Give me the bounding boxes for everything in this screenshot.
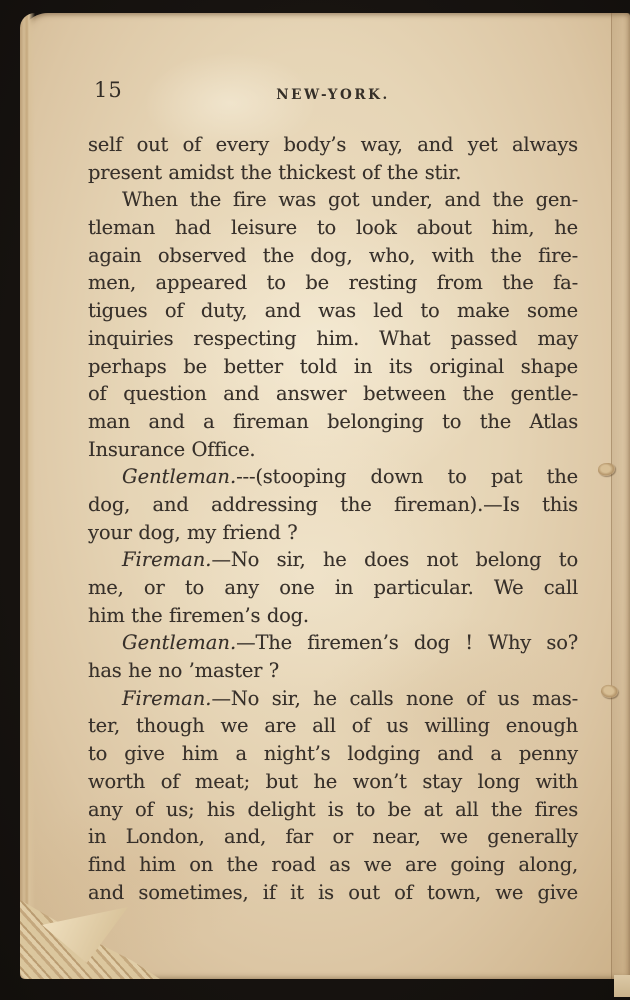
- text-line: dog, and addressing the fireman).—Is thi…: [88, 491, 578, 519]
- text-line: tigues of duty, and was led to make some: [88, 297, 578, 325]
- scan-backdrop: 15 NEW-YORK. self out of every body’s wa…: [0, 0, 630, 1000]
- text-line: Gentleman.—The firemen’s dog ! Why so?: [88, 629, 578, 657]
- speaker-name: Gentleman.: [122, 631, 236, 654]
- text-line: of question and answer between the gentl…: [88, 380, 578, 408]
- text-line: self out of every body’s way, and yet al…: [88, 131, 578, 159]
- text-line: and sometimes, if it is out of town, we …: [88, 879, 578, 907]
- text-line: inquiries respecting him. What passed ma…: [88, 325, 578, 353]
- text-line: worth of meat; but he won’t stay long wi…: [88, 768, 578, 796]
- text-line: men, appeared to be resting from the fa-: [88, 269, 578, 297]
- text-line: Gentleman.---(stooping down to pat the: [88, 463, 578, 491]
- text-line: in London, and, far or near, we generall…: [88, 823, 578, 851]
- text-line: tleman had leisure to look about him, he: [88, 214, 578, 242]
- book-page: 15 NEW-YORK. self out of every body’s wa…: [20, 13, 630, 979]
- text-line: me, or to any one in particular. We call: [88, 574, 578, 602]
- text-line: your dog, my friend ?: [88, 519, 578, 547]
- speaker-name: Gentleman.: [122, 465, 236, 488]
- speaker-name: Fireman.: [122, 548, 212, 571]
- page-number: 15: [94, 78, 123, 102]
- text-line: Fireman.—No sir, he does not belong to: [88, 546, 578, 574]
- text-line: to give him a night’s lodging and a penn…: [88, 740, 578, 768]
- page-header: 15 NEW-YORK.: [88, 68, 578, 104]
- page-stack-edge: [20, 13, 35, 979]
- text-line: any of us; his delight is to be at all t…: [88, 796, 578, 824]
- text-line: man and a fireman belonging to the Atlas: [88, 408, 578, 436]
- text-line: again observed the dog, who, with the fi…: [88, 242, 578, 270]
- text-line: has he no ’master ?: [88, 657, 578, 685]
- page-content: 15 NEW-YORK. self out of every body’s wa…: [88, 68, 578, 906]
- text-line: Insurance Office.: [88, 436, 578, 464]
- text-line: present amidst the thickest of the stir.: [88, 159, 578, 187]
- text-line: him the firemen’s dog.: [88, 602, 578, 630]
- text-line: ter, though we are all of us willing eno…: [88, 712, 578, 740]
- running-head: NEW-YORK.: [276, 87, 390, 103]
- speaker-name: Fireman.: [122, 687, 212, 710]
- text-line: perhaps be better told in its original s…: [88, 353, 578, 381]
- under-page-edge: [614, 975, 630, 997]
- text-line: find him on the road as we are going alo…: [88, 851, 578, 879]
- body-text: self out of every body’s way, and yet al…: [88, 131, 578, 906]
- text-line: When the fire was got under, and the gen…: [88, 186, 578, 214]
- binding-gutter: [611, 13, 630, 979]
- text-line: Fireman.—No sir, he calls none of us mas…: [88, 685, 578, 713]
